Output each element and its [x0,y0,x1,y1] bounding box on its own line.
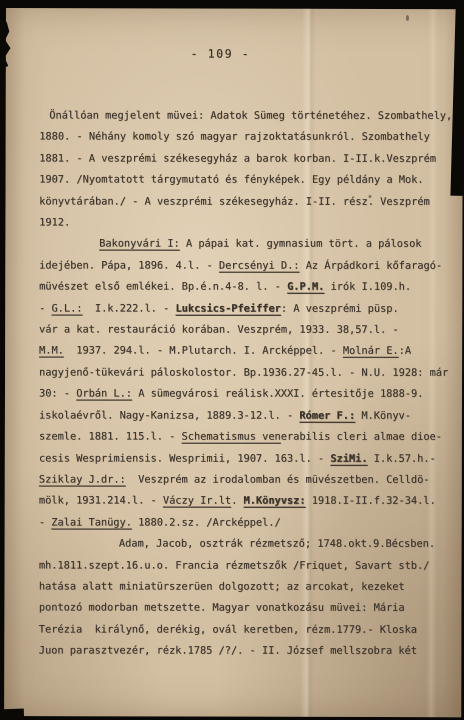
underlined-reference: Zalai Tanügy. [51,516,132,528]
text-segment: hatása alatt miniatürszerüen dolgozott; … [39,580,405,592]
text-line: cesis Wesprimiensis. Wesprimii, 1907. 16… [39,448,455,470]
text-line: nagyjenő-tükevári páloskolostor. Bp.1936… [39,362,455,384]
underlined-reference: M.Könyvsz: [244,495,306,507]
text-segment: 1937. 294.l. - M.Plutarch. I. Arcképpel.… [64,345,343,357]
text-segment: 1881. - A veszprémi székesegyház a barok… [39,152,436,164]
text-segment: Az Árpádkori kőfaragó- [299,260,442,272]
text-line: mh.1811.szept.16.u.o. Francia rézmetszők… [39,555,455,577]
text-segment: Önállóan megjelent müvei: Adatok Sümeg t… [49,109,452,121]
text-segment: cesis Wesprimiensis. Wesprimii, 1907. 16… [39,452,330,464]
text-segment: :A [399,345,411,357]
text-segment: 30: - [39,388,76,400]
text-segment: - [39,302,51,314]
text-segment: iskolaévről. Nagy-Kanizsa, 1889.3-12.l. … [39,409,299,421]
text-line: 30: - Orbán L.: A sümegvárosi reálisk.XX… [39,384,455,406]
text-line: M.M. 1937. 294.l. - M.Plutarch. I. Arcké… [39,341,455,363]
scan-edge-bottom-left [0,709,24,720]
text-segment: könyvtárában./ - A veszprémi székesegyhá… [39,195,430,207]
text-segment: Terézia királynő, derékig, ovál keretben… [39,623,417,635]
text-segment: 1918.I-II.f.32-34.l. [306,495,436,507]
text-line: 1881. - A veszprémi székesegyház a barok… [39,148,455,170]
text-segment: Adam, Jacob, osztrák rézmetsző; 1748.okt… [119,538,435,550]
text-line: müvészet első emlékei. Bp.é.n.4-8. l. - … [39,277,455,299]
paper-speck [406,15,409,21]
underlined-reference: SziMi. [330,452,367,464]
text-line: könyvtárában./ - A veszprémi székesegyhá… [39,191,455,213]
underlined-reference: Lukcsics-Pfeiffer [175,302,280,314]
text-line: Sziklay J.dr.: Veszprém az irodalomban é… [39,469,455,491]
page-number: - 109 - [0,46,449,61]
text-segment: - [39,516,51,528]
text-line: Önállóan megjelent müvei: Adatok Sümeg t… [39,105,455,127]
text-line: - G.L.: I.k.222.l. - Lukcsics-Pfeiffer: … [39,298,455,320]
text-line: iskolaévről. Nagy-Kanizsa, 1889.3-12.l. … [39,405,455,427]
text-segment: Veszprém az irodalomban és müvészetben. … [126,473,430,485]
paper-sheet: - 109 - Önállóan megjelent müvei: Adatok… [4,8,463,717]
underlined-reference: Sziklay J.dr.: [39,473,126,485]
text-segment: mölk, 1931.214.l. - [39,495,163,507]
text-segment: Juon parasztvezér, rézk.1785 /?/. - II. … [39,645,417,657]
text-segment: irók I.109.h. [324,281,411,293]
text-line: hatása alatt miniatürszerüen dolgozott; … [39,576,455,598]
text-segment: nagyjenő-tükevári páloskolostor. Bp.1936… [39,366,448,378]
text-line: 1912. [39,212,455,234]
text-line: Adam, Jacob, osztrák rézmetsző; 1748.okt… [39,534,455,556]
text-line: 1907. /Nyomtatott tárgymutató és fénykép… [39,170,455,192]
text-segment: mh.1811.szept.16.u.o. Francia rézmetszők… [39,559,430,571]
text-segment: vár a kat. restauráció korában. Veszprém… [39,324,399,336]
document-lines: Önállóan megjelent müvei: Adatok Sümeg t… [39,105,455,662]
underlined-reference: Schematismus ven [182,431,281,443]
text-line: 1880. - Néhány komoly szó magyar rajzokt… [39,127,455,149]
text-line: idejében. Pápa, 1896. 4.l. - Dercsényi D… [39,255,455,277]
text-segment: erabilis cleri almae dioe- [281,431,442,443]
text-line: vár a kat. restauráció korában. Veszprém… [39,320,455,342]
text-segment: A pápai kat. gymnasium tört. a pálosok [180,238,422,250]
text-segment: 1907. /Nyomtatott tárgymutató és fénykép… [39,174,423,186]
underlined-reference: Molnár E. [343,345,399,357]
scanned-page: - 109 - Önállóan megjelent müvei: Adatok… [0,0,464,720]
text-segment: 1912. [39,216,70,228]
text-line: - Zalai Tanügy. 1880.2.sz. /Arcképpel./ [39,512,455,534]
underlined-reference: Rómer F.: [299,409,355,421]
text-line: mölk, 1931.214.l. - Váczy Ir.lt. M.Könyv… [39,491,455,513]
underlined-reference: Bakonyvári I: [99,238,180,250]
text-segment: idejében. Pápa, 1896. 4.l. - [39,259,219,271]
text-line: Terézia királynő, derékig, ovál keretben… [39,619,455,641]
underlined-reference: Orbán L.: [76,388,132,400]
underlined-reference: Dercsényi D.: [219,259,300,271]
text-line: szemle. 1881. 115.l. - Schematismus vene… [39,427,455,449]
text-segment: : A veszprémi püsp. [281,302,399,314]
text-line: Bakonyvári I: A pápai kat. gymnasium tör… [39,234,455,256]
text-segment: 1880. - Néhány komoly szó magyar rajzokt… [39,131,430,143]
underlined-reference: Váczy Ir.lt [163,495,231,507]
text-segment: A sümegvárosi reálisk.XXXI. értesitője 1… [132,388,423,400]
text-segment: pontozó modorban metszette. Magyar vonat… [39,602,405,614]
underlined-reference: G.P.M. [287,281,324,293]
text-line: pontozó modorban metszette. Magyar vonat… [39,598,455,620]
text-segment: 1880.2.sz. /Arcképpel./ [132,516,281,528]
text-line: Juon parasztvezér, rézk.1785 /?/. - II. … [39,641,455,663]
text-segment: I.k.222.l. - [82,302,175,314]
text-segment: . [231,495,243,507]
underlined-reference: M.M. [39,345,64,357]
text-segment: M.Könyv- [355,409,411,421]
underlined-reference: G.L.: [51,302,82,314]
text-segment: müvészet első emlékei. Bp.é.n.4-8. l. - [39,281,287,293]
text-segment: I.k.57.h.- [368,452,436,464]
text-segment: szemle. 1881. 115.l. - [39,431,182,443]
